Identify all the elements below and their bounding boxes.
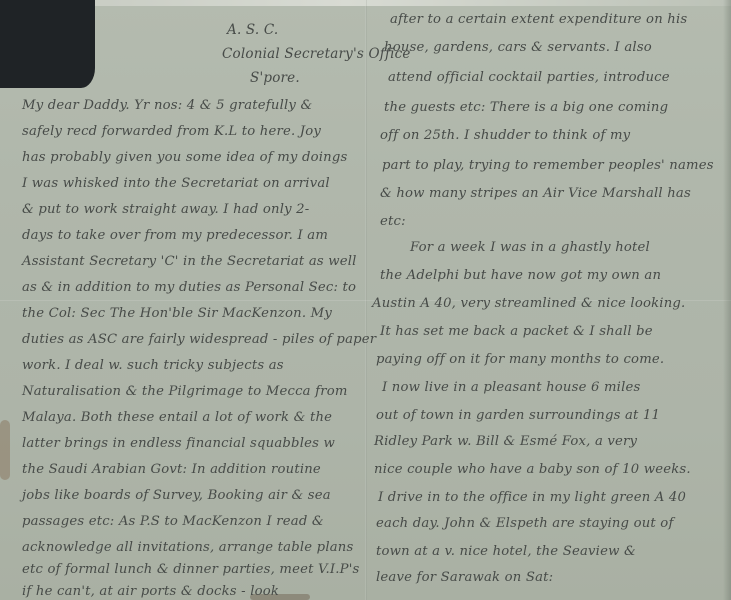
letter-line: For a week I was in a ghastly hotel [410,240,650,255]
letter-line: days to take over from my predecessor. I… [22,228,328,243]
letter-line: the Adelphi but have now got my own an [380,268,661,283]
letter-line: safely recd forwarded from K.L to here. … [22,124,321,139]
redaction-patch [0,0,95,88]
letter-line: if he can't, at air ports & docks - look [22,584,279,599]
paper-top-edge [90,0,731,6]
letter-line: off on 25th. I shudder to think of my [380,128,630,143]
letter-line: work. I deal w. such tricky subjects as [22,358,284,373]
letter-line: town at a v. nice hotel, the Seaview & [376,544,636,559]
letter-line: the guests etc: There is a big one comin… [384,100,668,115]
letter-line: etc of formal lunch & dinner parties, me… [22,562,360,577]
letter-line: passages etc: As P.S to MacKenzon I read… [22,514,324,529]
letter-line: & how many stripes an Air Vice Marshall … [380,186,691,201]
letter-header-initials: A. S. C. [227,22,278,38]
letter-line: duties as ASC are fairly widespread - pi… [22,332,376,347]
letter-line: jobs like boards of Survey, Booking air … [22,488,331,503]
letter-header-place: S'pore. [250,70,300,86]
letter-line: I now live in a pleasant house 6 miles [382,380,640,395]
letter-line: out of town in garden surroundings at 11 [376,408,660,423]
letter-line: My dear Daddy. Yr nos: 4 & 5 gratefully … [22,98,312,113]
letter-line: nice couple who have a baby son of 10 we… [374,462,691,477]
letter-line: the Col: Sec The Hon'ble Sir MacKenzon. … [22,306,332,321]
letter-paper: A. S. C. Colonial Secretary's Office S'p… [0,0,731,600]
letter-line: acknowledge all invitations, arrange tab… [22,540,353,555]
letter-line: each day. John & Elspeth are staying out… [376,516,674,531]
letter-line: after to a certain extent expenditure on… [390,12,687,27]
letter-line: Austin A 40, very streamlined & nice loo… [372,296,685,311]
paper-right-edge [723,0,731,600]
letter-header-office: Colonial Secretary's Office [222,46,411,62]
letter-line: Ridley Park w. Bill & Esmé Fox, a very [374,434,637,449]
letter-line: It has set me back a packet & I shall be [380,324,653,339]
letter-line: house, gardens, cars & servants. I also [384,40,652,55]
letter-line: the Saudi Arabian Govt: In addition rout… [22,462,321,477]
letter-line: Malaya. Both these entail a lot of work … [22,410,332,425]
letter-line: attend official cocktail parties, introd… [388,70,670,85]
letter-line: part to play, trying to remember peoples… [382,158,714,173]
stain-mark [0,420,10,480]
letter-line: latter brings in endless financial squab… [22,436,335,451]
letter-line: Naturalisation & the Pilgrimage to Mecca… [22,384,348,399]
letter-line: I drive in to the office in my light gre… [378,490,686,505]
letter-line: leave for Sarawak on Sat: [376,570,553,585]
letter-line: paying off on it for many months to come… [376,352,664,367]
letter-line: etc: [380,214,406,229]
letter-line: & put to work straight away. I had only … [22,202,309,217]
letter-line: as & in addition to my duties as Persona… [22,280,356,295]
letter-line: I was whisked into the Secretariat on ar… [22,176,330,191]
letter-line: Assistant Secretary 'C' in the Secretari… [22,254,357,269]
letter-line: has probably given you some idea of my d… [22,150,347,165]
